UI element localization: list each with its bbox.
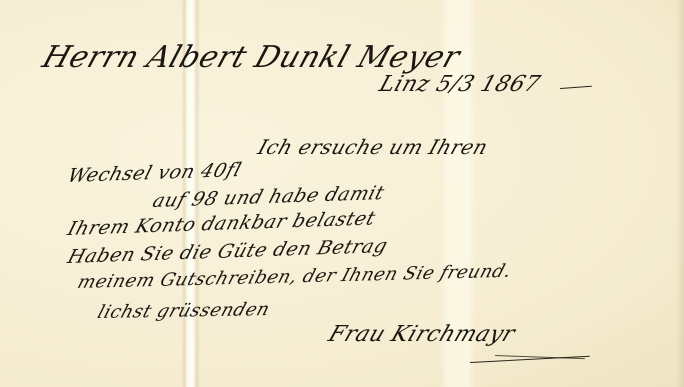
place-date-line: Linz 5/3 1867 [376,72,543,97]
body-line-1: Ich ersuche um Ihren [255,135,491,159]
body-line-7: lichst grüssenden [95,299,272,323]
addressee-line: Herrn Albert Dunkl Meyer [38,40,464,75]
signature: Frau Kirchmayr [325,322,519,347]
paper-edge [676,0,684,387]
